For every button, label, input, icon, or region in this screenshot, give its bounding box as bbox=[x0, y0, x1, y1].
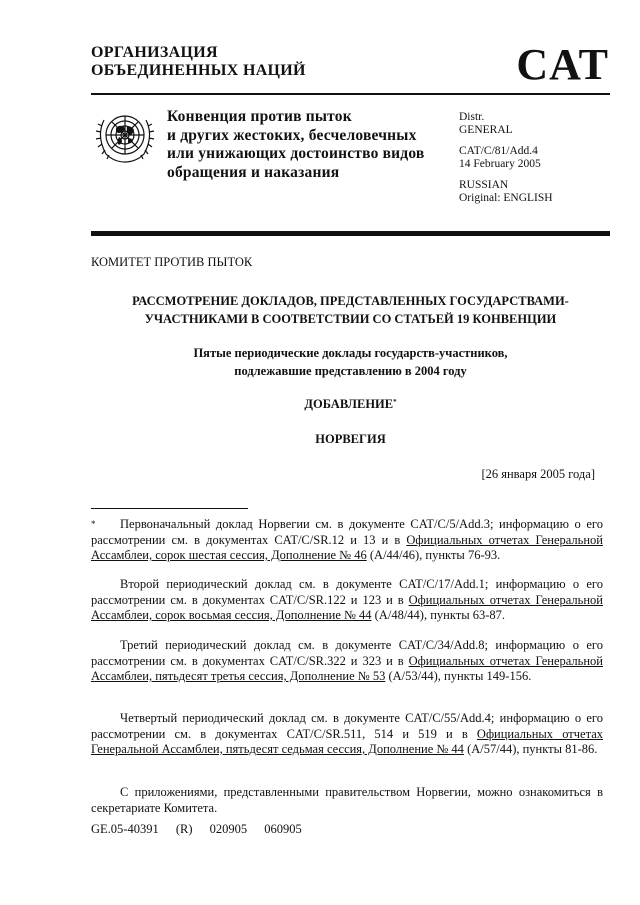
report-date: [26 января 2005 года] bbox=[481, 467, 595, 482]
footnote: Второй периодический доклад см. в докуме… bbox=[91, 577, 603, 624]
convention-line-1: Конвенция против пыток bbox=[167, 108, 424, 127]
addendum-label: ДОБАВЛЕНИЕ bbox=[304, 397, 393, 411]
job-code: GE.05-40391 bbox=[91, 822, 159, 836]
doc-language: RUSSIAN bbox=[459, 179, 553, 192]
convention-line-4: обращения и наказания bbox=[167, 164, 424, 183]
footnote: *Первоначальный доклад Норвегии см. в до… bbox=[91, 517, 603, 564]
committee-name: КОМИТЕТ ПРОТИВ ПЫТОК bbox=[91, 255, 252, 269]
distr-value: GENERAL bbox=[459, 124, 553, 137]
convention-title: Конвенция против пыток и других жестоких… bbox=[167, 108, 424, 182]
org-line-2: ОБЪЕДИНЕННЫХ НАЦИЙ bbox=[91, 62, 306, 80]
footnote-marker: * bbox=[91, 517, 120, 533]
distr-label: Distr. bbox=[459, 111, 553, 124]
footnote-reference[interactable]: * bbox=[393, 398, 397, 406]
doc-symbol: CAT/C/81/Add.4 bbox=[459, 145, 553, 158]
header-bottom-rule bbox=[91, 231, 610, 236]
footnote: Третий периодический доклад см. в докуме… bbox=[91, 638, 603, 685]
main-title-line-1: РАССМОТРЕНИЕ ДОКЛАДОВ, ПРЕДСТАВЛЕННЫХ ГО… bbox=[91, 292, 610, 310]
document-metadata: Distr. GENERAL CAT/C/81/Add.4 14 Februar… bbox=[459, 111, 553, 205]
job-date-2: 060905 bbox=[264, 822, 302, 836]
footnote-text-end: (A/53/44), пункты 149-156. bbox=[385, 669, 531, 683]
country-heading: НОРВЕГИЯ bbox=[91, 432, 610, 447]
un-emblem-icon bbox=[92, 106, 158, 166]
convention-line-2: и других жестоких, бесчеловечных bbox=[167, 127, 424, 146]
organization-name: ОРГАНИЗАЦИЯ ОБЪЕДИНЕННЫХ НАЦИЙ bbox=[91, 44, 306, 80]
job-number: GE.05-40391 (R) 020905 060905 bbox=[91, 822, 316, 837]
footnote-text-end: (A/48/44), пункты 63-87. bbox=[372, 608, 505, 622]
job-date-1: 020905 bbox=[210, 822, 248, 836]
convention-line-3: или унижающих достоинство видов bbox=[167, 145, 424, 164]
footnote-separator bbox=[91, 508, 248, 509]
main-title: РАССМОТРЕНИЕ ДОКЛАДОВ, ПРЕДСТАВЛЕННЫХ ГО… bbox=[91, 292, 610, 328]
doc-date: 14 February 2005 bbox=[459, 158, 553, 171]
main-title-line-2: УЧАСТНИКАМИ В СООТВЕТСТВИИ СО СТАТЬЕЙ 19… bbox=[91, 310, 610, 328]
subtitle-line-2: подлежавшие представлению в 2004 году bbox=[91, 362, 610, 380]
subtitle-line-1: Пятые периодические доклады государств-у… bbox=[91, 344, 610, 362]
footnote-text: С приложениями, представленными правител… bbox=[91, 785, 603, 815]
addendum-heading: ДОБАВЛЕНИЕ* bbox=[91, 397, 610, 412]
footnote: С приложениями, представленными правител… bbox=[91, 785, 603, 816]
job-language: (R) bbox=[176, 822, 193, 836]
header-divider bbox=[91, 93, 610, 95]
footnote: Четвертый периодический доклад см. в док… bbox=[91, 711, 603, 758]
footnote-text-end: (A/57/44), пункты 81-86. bbox=[464, 742, 597, 756]
subtitle: Пятые периодические доклады государств-у… bbox=[91, 344, 610, 380]
original-language: Original: ENGLISH bbox=[459, 192, 553, 205]
org-line-1: ОРГАНИЗАЦИЯ bbox=[91, 44, 306, 62]
document-series-symbol: CAT bbox=[516, 40, 609, 90]
footnote-text-end: (A/44/46), пункты 76-93. bbox=[367, 548, 500, 562]
